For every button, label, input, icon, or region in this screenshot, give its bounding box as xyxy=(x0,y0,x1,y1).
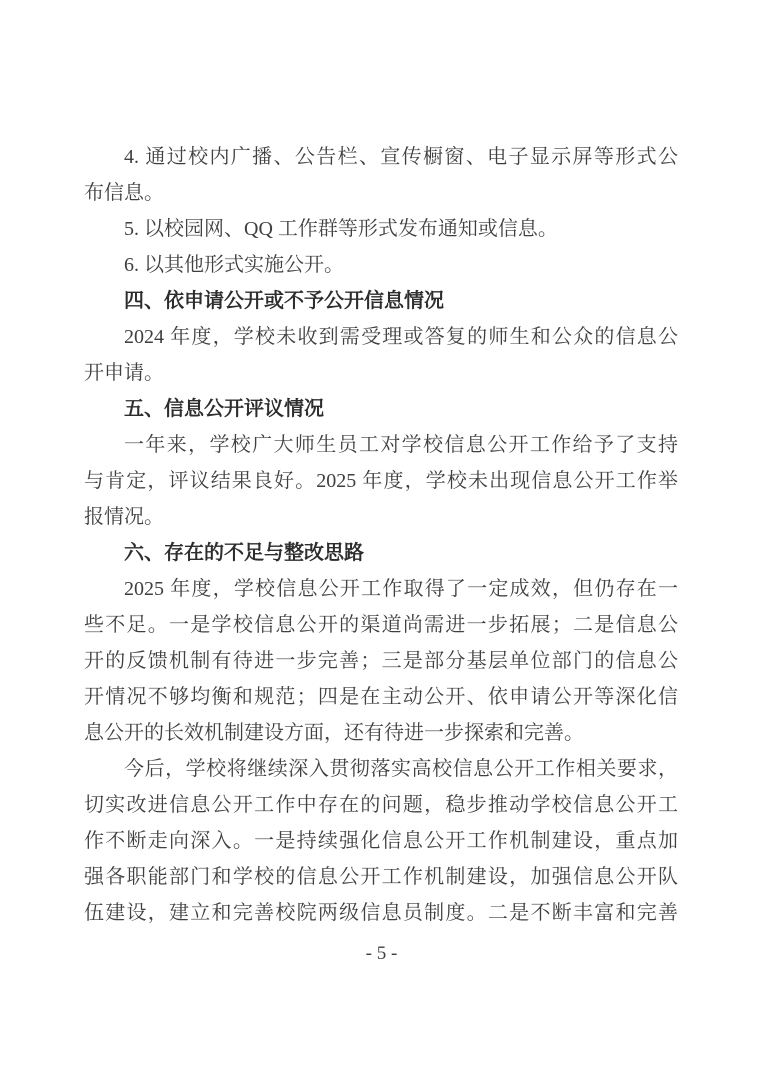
text-line: 5. 以校园网、QQ 工作群等形式发布通知或信息。 xyxy=(84,211,678,247)
text-line: 2025 年度，学校信息公开工作取得了一定成效，但仍存在一 xyxy=(84,571,678,607)
text-line: 开情况不够均衡和规范；四是在主动公开、依申请公开等深化信 xyxy=(84,679,678,715)
page-number: - 5 - xyxy=(366,943,398,964)
text-line: 6. 以其他形式实施公开。 xyxy=(84,247,678,283)
text-line: 布信息。 xyxy=(84,175,678,211)
text-line: 2024 年度，学校未收到需受理或答复的师生和公众的信息公 xyxy=(84,319,678,355)
text-line: 与肯定，评议结果良好。2025 年度，学校未出现信息公开工作举 xyxy=(84,463,678,499)
page-footer: - 5 - xyxy=(0,936,763,972)
text-line: 开的反馈机制有待进一步完善；三是部分基层单位部门的信息公 xyxy=(84,643,678,679)
text-line: 报情况。 xyxy=(84,499,678,535)
section-heading-text: 四、依申请公开或不予公开信息情况 xyxy=(84,283,678,319)
paragraph-section-4-body: 2024 年度，学校未收到需受理或答复的师生和公众的信息公 开申请。 xyxy=(84,319,678,391)
paragraph-section-6-plans: 今后，学校将继续深入贯彻落实高校信息公开工作相关要求， 切实改进信息公开工作中存… xyxy=(84,751,678,931)
section-heading-text: 五、信息公开评议情况 xyxy=(84,391,678,427)
section-heading-6: 六、存在的不足与整改思路 xyxy=(84,535,678,571)
paragraph-publish-method-4: 4. 通过校内广播、公告栏、宣传橱窗、电子显示屏等形式公 布信息。 xyxy=(84,139,678,211)
text-line: 开申请。 xyxy=(84,355,678,391)
page-content: 4. 通过校内广播、公告栏、宣传橱窗、电子显示屏等形式公 布信息。 5. 以校园… xyxy=(84,139,678,931)
text-line: 4. 通过校内广播、公告栏、宣传橱窗、电子显示屏等形式公 xyxy=(84,139,678,175)
text-line: 作不断走向深入。一是持续强化信息公开工作机制建设，重点加 xyxy=(84,823,678,859)
paragraph-publish-method-5: 5. 以校园网、QQ 工作群等形式发布通知或信息。 xyxy=(84,211,678,247)
paragraph-publish-method-6: 6. 以其他形式实施公开。 xyxy=(84,247,678,283)
paragraph-section-5-body: 一年来，学校广大师生员工对学校信息公开工作给予了支持 与肯定，评议结果良好。20… xyxy=(84,427,678,535)
text-line: 切实改进信息公开工作中存在的问题，稳步推动学校信息公开工 xyxy=(84,787,678,823)
section-heading-text: 六、存在的不足与整改思路 xyxy=(84,535,678,571)
section-heading-4: 四、依申请公开或不予公开信息情况 xyxy=(84,283,678,319)
paragraph-section-6-shortcomings: 2025 年度，学校信息公开工作取得了一定成效，但仍存在一 些不足。一是学校信息… xyxy=(84,571,678,751)
text-line: 一年来，学校广大师生员工对学校信息公开工作给予了支持 xyxy=(84,427,678,463)
text-line: 些不足。一是学校信息公开的渠道尚需进一步拓展；二是信息公 xyxy=(84,607,678,643)
text-line: 强各职能部门和学校的信息公开工作机制建设，加强信息公开队 xyxy=(84,859,678,895)
text-line: 伍建设，建立和完善校院两级信息员制度。二是不断丰富和完善 xyxy=(84,895,678,931)
text-line: 今后，学校将继续深入贯彻落实高校信息公开工作相关要求， xyxy=(84,751,678,787)
document-page: 4. 通过校内广播、公告栏、宣传橱窗、电子显示屏等形式公 布信息。 5. 以校园… xyxy=(0,0,763,1080)
section-heading-5: 五、信息公开评议情况 xyxy=(84,391,678,427)
text-line: 息公开的长效机制建设方面，还有待进一步探索和完善。 xyxy=(84,715,678,751)
